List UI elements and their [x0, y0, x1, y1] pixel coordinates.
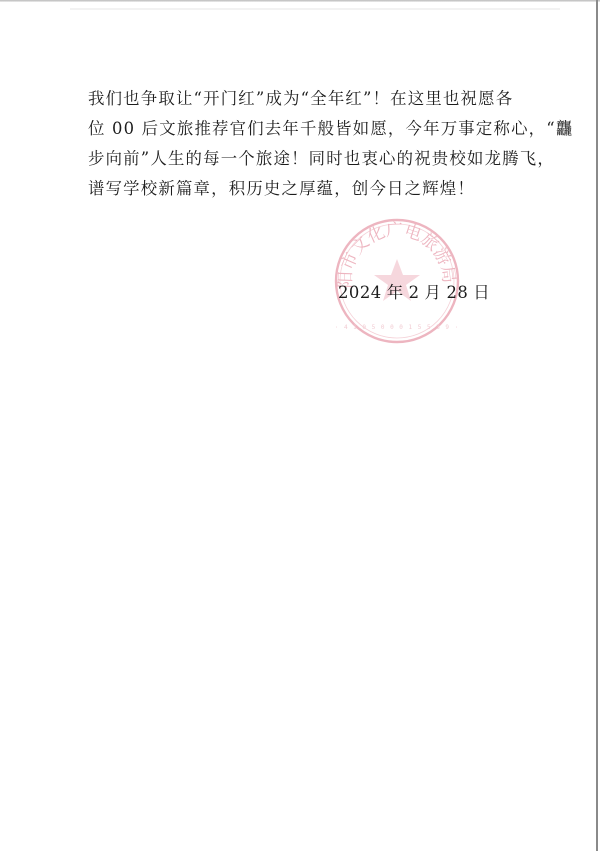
signature-date: 2024年2月28日 [338, 282, 495, 304]
seal-text: 阳市文化广电旅游局 [336, 220, 459, 288]
paragraph-line: 步向前”人生的每一个旅途！同时也衷心的祝贵校如龙腾飞， [88, 144, 518, 174]
date-month-unit: 月 [425, 283, 442, 302]
date-year-unit: 年 [387, 283, 404, 302]
date-month: 2 [409, 283, 420, 302]
scan-edge-faint [70, 8, 560, 10]
letter-body: 我们也争取让“开门红”成为“全年红”！在这里也祝愿各 位 00 后文旅推荐官们去… [88, 84, 518, 204]
scan-edge-top [0, 0, 600, 2]
svg-text:· 4 1 0 5 0 0 0 1 5 5 3 9 ·: · 4 1 0 5 0 0 0 1 5 5 3 9 · [335, 324, 460, 331]
paragraph-line: 谱写学校新篇章，积历史之厚蕴，创今日之辉煌！ [88, 174, 518, 204]
document-page: 我们也争取让“开门红”成为“全年红”！在这里也祝愿各 位 00 后文旅推荐官们去… [0, 0, 600, 851]
paragraph-line: 位 00 后文旅推荐官们去年千般皆如愿，今年万事定称心，“龘 [88, 114, 518, 144]
date-day: 28 [446, 283, 468, 302]
date-day-unit: 日 [473, 283, 490, 302]
date-year: 2024 [338, 283, 382, 302]
official-seal: 阳市文化广电旅游局 · 4 1 0 5 0 0 0 1 5 5 3 9 · [333, 217, 461, 345]
paragraph-line: 我们也争取让“开门红”成为“全年红”！在这里也祝愿各 [88, 84, 518, 114]
scan-edge-right [596, 0, 598, 851]
